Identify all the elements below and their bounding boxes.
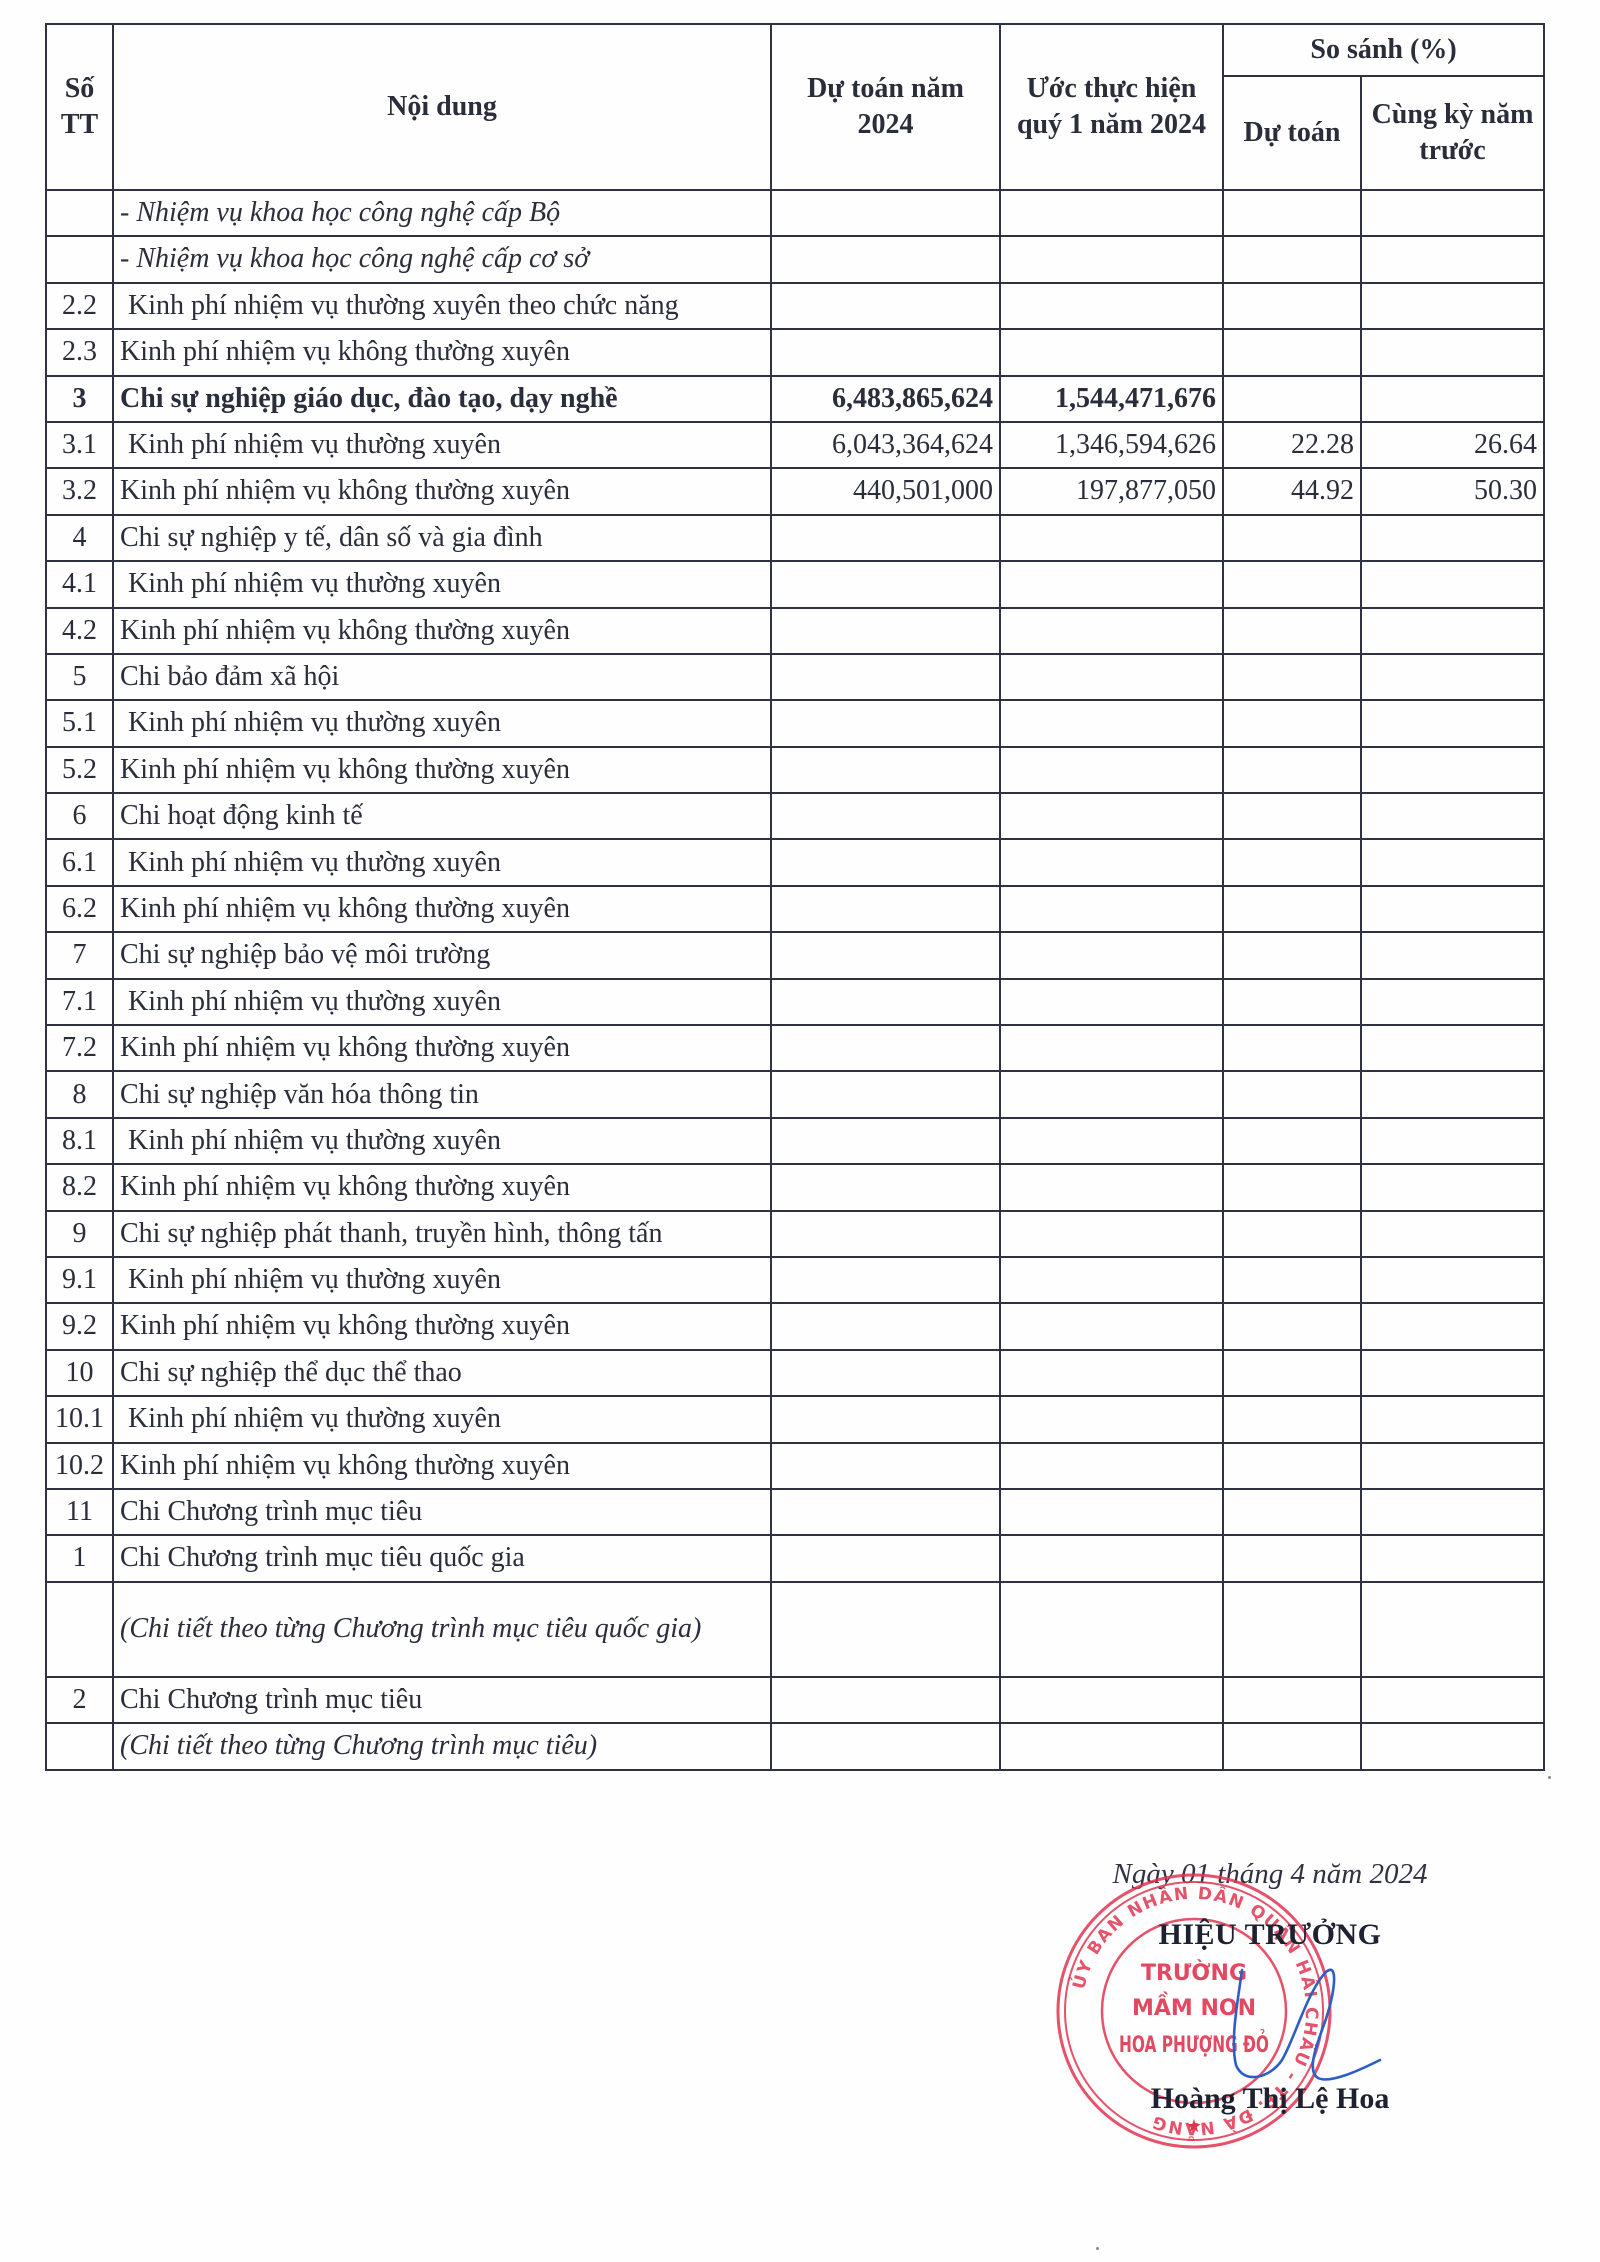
row-budget: [771, 886, 1000, 932]
row-stt: 2: [46, 1677, 113, 1723]
row-content: Chi hoạt động kinh tế: [113, 793, 771, 839]
row-estimate: [1000, 515, 1223, 561]
row-pct-budget: [1223, 654, 1361, 700]
row-estimate: [1000, 1164, 1223, 1210]
header-budget: Dự toán năm 2024: [771, 24, 1000, 190]
row-estimate: [1000, 1489, 1223, 1535]
table-row: 4.1Kinh phí nhiệm vụ thường xuyên: [46, 561, 1544, 607]
row-pct-prev: [1361, 1582, 1544, 1677]
row-estimate: [1000, 190, 1223, 236]
table-row: 5Chi bảo đảm xã hội: [46, 654, 1544, 700]
row-estimate: 197,877,050: [1000, 468, 1223, 514]
header-compare-budget: Dự toán: [1223, 76, 1361, 190]
table-row: 2.3Kinh phí nhiệm vụ không thường xuyên: [46, 329, 1544, 375]
row-budget: [771, 793, 1000, 839]
row-content: Chi sự nghiệp văn hóa thông tin: [113, 1071, 771, 1117]
table-row: 5.1Kinh phí nhiệm vụ thường xuyên: [46, 700, 1544, 746]
row-pct-budget: [1223, 1535, 1361, 1581]
table-row: 11Chi Chương trình mục tiêu: [46, 1489, 1544, 1535]
row-pct-budget: [1223, 1303, 1361, 1349]
row-estimate: [1000, 1303, 1223, 1349]
row-pct-budget: [1223, 932, 1361, 978]
row-budget: 6,483,865,624: [771, 376, 1000, 422]
row-pct-prev: [1361, 793, 1544, 839]
row-pct-prev: [1361, 886, 1544, 932]
row-pct-budget: [1223, 1025, 1361, 1071]
row-estimate: [1000, 1071, 1223, 1117]
table-row: 10.2Kinh phí nhiệm vụ không thường xuyên: [46, 1443, 1544, 1489]
row-budget: [771, 1071, 1000, 1117]
row-estimate: 1,346,594,626: [1000, 422, 1223, 468]
row-budget: [771, 1489, 1000, 1535]
row-estimate: [1000, 236, 1223, 282]
signer-name: Hoàng Thị Lệ Hoa: [1100, 2082, 1440, 2116]
row-pct-prev: [1361, 1118, 1544, 1164]
table-row: 7.2Kinh phí nhiệm vụ không thường xuyên: [46, 1025, 1544, 1071]
table-row: 3.1Kinh phí nhiệm vụ thường xuyên6,043,3…: [46, 422, 1544, 468]
row-content: Chi Chương trình mục tiêu: [113, 1677, 771, 1723]
row-content: Kinh phí nhiệm vụ không thường xuyên: [113, 886, 771, 932]
header-compare-same-period: Cùng kỳ năm trước: [1361, 76, 1544, 190]
row-content: (Chi tiết theo từng Chương trình mục tiê…: [113, 1723, 771, 1769]
row-stt: [46, 190, 113, 236]
row-estimate: [1000, 932, 1223, 978]
row-pct-budget: 44.92: [1223, 468, 1361, 514]
row-estimate: [1000, 608, 1223, 654]
row-estimate: [1000, 747, 1223, 793]
table-row: 10.1Kinh phí nhiệm vụ thường xuyên: [46, 1396, 1544, 1442]
row-content: - Nhiệm vụ khoa học công nghệ cấp cơ sở: [113, 236, 771, 282]
scan-speck: [1548, 1776, 1551, 1779]
row-content: Kinh phí nhiệm vụ không thường xuyên: [113, 608, 771, 654]
row-content: Kinh phí nhiệm vụ thường xuyên: [113, 1257, 771, 1303]
row-pct-prev: [1361, 1350, 1544, 1396]
row-estimate: [1000, 1677, 1223, 1723]
row-pct-prev: [1361, 1723, 1544, 1769]
row-stt: 6: [46, 793, 113, 839]
row-budget: [771, 1443, 1000, 1489]
row-content: Chi sự nghiệp bảo vệ môi trường: [113, 932, 771, 978]
row-pct-budget: 22.28: [1223, 422, 1361, 468]
row-budget: [771, 1211, 1000, 1257]
row-content: Chi sự nghiệp y tế, dân số và gia đình: [113, 515, 771, 561]
row-content: Chi Chương trình mục tiêu quốc gia: [113, 1535, 771, 1581]
row-stt: 8.1: [46, 1118, 113, 1164]
row-pct-budget: [1223, 1164, 1361, 1210]
row-stt: [46, 1582, 113, 1677]
row-budget: [771, 839, 1000, 885]
row-pct-prev: [1361, 979, 1544, 1025]
row-pct-budget: [1223, 1257, 1361, 1303]
row-stt: 3: [46, 376, 113, 422]
row-budget: [771, 515, 1000, 561]
row-stt: 4: [46, 515, 113, 561]
row-pct-prev: [1361, 1211, 1544, 1257]
row-content: - Nhiệm vụ khoa học công nghệ cấp Bộ: [113, 190, 771, 236]
row-pct-prev: [1361, 283, 1544, 329]
table-row: 10Chi sự nghiệp thể dục thể thao: [46, 1350, 1544, 1396]
row-content: Chi sự nghiệp giáo dục, đào tạo, dạy ngh…: [113, 376, 771, 422]
table-row: 9.1Kinh phí nhiệm vụ thường xuyên: [46, 1257, 1544, 1303]
row-pct-budget: [1223, 839, 1361, 885]
row-stt: 4.2: [46, 608, 113, 654]
row-stt: 2.3: [46, 329, 113, 375]
row-budget: [771, 236, 1000, 282]
table-body: - Nhiệm vụ khoa học công nghệ cấp Bộ- Nh…: [46, 190, 1544, 1770]
row-estimate: [1000, 979, 1223, 1025]
row-pct-budget: [1223, 700, 1361, 746]
table-row: (Chi tiết theo từng Chương trình mục tiê…: [46, 1723, 1544, 1769]
row-stt: [46, 236, 113, 282]
table-row: 9Chi sự nghiệp phát thanh, truyền hình, …: [46, 1211, 1544, 1257]
table-row: - Nhiệm vụ khoa học công nghệ cấp Bộ: [46, 190, 1544, 236]
row-stt: 8: [46, 1071, 113, 1117]
row-pct-budget: [1223, 1489, 1361, 1535]
row-stt: 7.2: [46, 1025, 113, 1071]
row-budget: [771, 932, 1000, 978]
row-pct-prev: [1361, 608, 1544, 654]
row-pct-budget: [1223, 236, 1361, 282]
table-row: 3Chi sự nghiệp giáo dục, đào tạo, dạy ng…: [46, 376, 1544, 422]
row-content: Kinh phí nhiệm vụ không thường xuyên: [113, 468, 771, 514]
row-content: Kinh phí nhiệm vụ thường xuyên: [113, 561, 771, 607]
row-pct-budget: [1223, 886, 1361, 932]
row-pct-prev: [1361, 932, 1544, 978]
row-estimate: [1000, 1443, 1223, 1489]
row-budget: [771, 1257, 1000, 1303]
row-budget: 440,501,000: [771, 468, 1000, 514]
table-row: 2.2Kinh phí nhiệm vụ thường xuyên theo c…: [46, 283, 1544, 329]
row-estimate: [1000, 886, 1223, 932]
row-estimate: [1000, 1396, 1223, 1442]
row-budget: [771, 283, 1000, 329]
row-pct-budget: [1223, 561, 1361, 607]
row-pct-prev: 50.30: [1361, 468, 1544, 514]
table-row: 6Chi hoạt động kinh tế: [46, 793, 1544, 839]
row-estimate: [1000, 1025, 1223, 1071]
row-budget: [771, 1164, 1000, 1210]
svg-text:★: ★: [1186, 2116, 1202, 2137]
row-estimate: [1000, 654, 1223, 700]
row-budget: [771, 1723, 1000, 1769]
row-pct-budget: [1223, 515, 1361, 561]
row-pct-prev: [1361, 1396, 1544, 1442]
row-pct-prev: [1361, 329, 1544, 375]
row-estimate: [1000, 1723, 1223, 1769]
row-stt: 5.2: [46, 747, 113, 793]
row-stt: 4.1: [46, 561, 113, 607]
table-row: 4Chi sự nghiệp y tế, dân số và gia đình: [46, 515, 1544, 561]
row-budget: [771, 190, 1000, 236]
row-budget: [771, 1677, 1000, 1723]
table-row: 4.2Kinh phí nhiệm vụ không thường xuyên: [46, 608, 1544, 654]
row-content: Kinh phí nhiệm vụ không thường xuyên: [113, 329, 771, 375]
row-stt: 6.2: [46, 886, 113, 932]
row-budget: [771, 1396, 1000, 1442]
document-page: Số TT Nội dung Dự toán năm 2024 Ước thực…: [0, 0, 1600, 2262]
row-content: Kinh phí nhiệm vụ thường xuyên: [113, 700, 771, 746]
row-budget: [771, 654, 1000, 700]
row-pct-budget: [1223, 329, 1361, 375]
header-estimate: Ước thực hiện quý 1 năm 2024: [1000, 24, 1223, 190]
row-content: Chi bảo đảm xã hội: [113, 654, 771, 700]
row-pct-prev: [1361, 1303, 1544, 1349]
row-pct-budget: [1223, 793, 1361, 839]
row-budget: [771, 1582, 1000, 1677]
row-stt: [46, 1723, 113, 1769]
row-stt: 7.1: [46, 979, 113, 1025]
row-pct-budget: [1223, 608, 1361, 654]
row-estimate: [1000, 1350, 1223, 1396]
budget-table: Số TT Nội dung Dự toán năm 2024 Ước thực…: [45, 23, 1545, 1771]
row-content: Chi sự nghiệp thể dục thể thao: [113, 1350, 771, 1396]
row-pct-prev: [1361, 561, 1544, 607]
row-pct-prev: [1361, 190, 1544, 236]
row-stt: 1: [46, 1535, 113, 1581]
row-budget: [771, 700, 1000, 746]
row-content: Kinh phí nhiệm vụ không thường xuyên: [113, 1164, 771, 1210]
table-row: 3.2Kinh phí nhiệm vụ không thường xuyên4…: [46, 468, 1544, 514]
row-stt: 5: [46, 654, 113, 700]
row-pct-prev: 26.64: [1361, 422, 1544, 468]
table-row: - Nhiệm vụ khoa học công nghệ cấp cơ sở: [46, 236, 1544, 282]
row-content: Kinh phí nhiệm vụ thường xuyên: [113, 839, 771, 885]
row-pct-budget: [1223, 1118, 1361, 1164]
table-row: 8.1Kinh phí nhiệm vụ thường xuyên: [46, 1118, 1544, 1164]
row-estimate: [1000, 1535, 1223, 1581]
row-pct-prev: [1361, 1677, 1544, 1723]
handwritten-signature-icon: [1230, 1960, 1410, 2090]
row-content: Kinh phí nhiệm vụ không thường xuyên: [113, 1025, 771, 1071]
row-pct-prev: [1361, 376, 1544, 422]
signature-title: HIỆU TRƯỞNG: [1110, 1918, 1430, 1952]
row-budget: [771, 608, 1000, 654]
row-content: Chi Chương trình mục tiêu: [113, 1489, 771, 1535]
row-estimate: 1,544,471,676: [1000, 376, 1223, 422]
row-estimate: [1000, 1118, 1223, 1164]
row-estimate: [1000, 329, 1223, 375]
table-row: 6.1Kinh phí nhiệm vụ thường xuyên: [46, 839, 1544, 885]
row-content: Kinh phí nhiệm vụ không thường xuyên: [113, 1303, 771, 1349]
row-budget: 6,043,364,624: [771, 422, 1000, 468]
row-estimate: [1000, 793, 1223, 839]
table-row: 1Chi Chương trình mục tiêu quốc gia: [46, 1535, 1544, 1581]
row-pct-prev: [1361, 1443, 1544, 1489]
row-stt: 9.2: [46, 1303, 113, 1349]
row-budget: [771, 561, 1000, 607]
row-stt: 7: [46, 932, 113, 978]
row-budget: [771, 329, 1000, 375]
row-pct-prev: [1361, 1489, 1544, 1535]
row-pct-prev: [1361, 1071, 1544, 1117]
row-content: Kinh phí nhiệm vụ thường xuyên: [113, 1396, 771, 1442]
row-budget: [771, 1350, 1000, 1396]
row-pct-budget: [1223, 1723, 1361, 1769]
row-pct-budget: [1223, 1071, 1361, 1117]
row-content: Kinh phí nhiệm vụ thường xuyên theo chức…: [113, 283, 771, 329]
row-pct-prev: [1361, 1257, 1544, 1303]
row-stt: 2.2: [46, 283, 113, 329]
row-budget: [771, 747, 1000, 793]
row-stt: 9: [46, 1211, 113, 1257]
row-estimate: [1000, 283, 1223, 329]
row-pct-prev: [1361, 654, 1544, 700]
table-row: 7Chi sự nghiệp bảo vệ môi trường: [46, 932, 1544, 978]
row-stt: 6.1: [46, 839, 113, 885]
row-stt: 5.1: [46, 700, 113, 746]
row-estimate: [1000, 700, 1223, 746]
row-stt: 8.2: [46, 1164, 113, 1210]
row-content: Kinh phí nhiệm vụ thường xuyên: [113, 979, 771, 1025]
row-stt: 10.2: [46, 1443, 113, 1489]
header-stt: Số TT: [46, 24, 113, 190]
row-pct-prev: [1361, 747, 1544, 793]
row-budget: [771, 1535, 1000, 1581]
table-row: 8Chi sự nghiệp văn hóa thông tin: [46, 1071, 1544, 1117]
table-row: 6.2Kinh phí nhiệm vụ không thường xuyên: [46, 886, 1544, 932]
row-budget: [771, 1118, 1000, 1164]
row-pct-prev: [1361, 1164, 1544, 1210]
row-estimate: [1000, 1211, 1223, 1257]
row-stt: 9.1: [46, 1257, 113, 1303]
row-estimate: [1000, 1582, 1223, 1677]
row-content: Kinh phí nhiệm vụ thường xuyên: [113, 1118, 771, 1164]
table-row: 9.2Kinh phí nhiệm vụ không thường xuyên: [46, 1303, 1544, 1349]
row-stt: 11: [46, 1489, 113, 1535]
row-pct-prev: [1361, 1025, 1544, 1071]
table-row: 7.1Kinh phí nhiệm vụ thường xuyên: [46, 979, 1544, 1025]
row-budget: [771, 1303, 1000, 1349]
row-pct-budget: [1223, 283, 1361, 329]
row-content: Kinh phí nhiệm vụ không thường xuyên: [113, 1443, 771, 1489]
row-content: Kinh phí nhiệm vụ không thường xuyên: [113, 747, 771, 793]
row-pct-prev: [1361, 839, 1544, 885]
row-pct-budget: [1223, 376, 1361, 422]
header-compare-group: So sánh (%): [1223, 24, 1544, 76]
row-content: Chi sự nghiệp phát thanh, truyền hình, t…: [113, 1211, 771, 1257]
table-row: 5.2Kinh phí nhiệm vụ không thường xuyên: [46, 747, 1544, 793]
table-row: 8.2Kinh phí nhiệm vụ không thường xuyên: [46, 1164, 1544, 1210]
row-pct-budget: [1223, 1350, 1361, 1396]
row-pct-prev: [1361, 515, 1544, 561]
row-stt: 10: [46, 1350, 113, 1396]
scan-speck: [1096, 2247, 1099, 2250]
row-estimate: [1000, 839, 1223, 885]
row-pct-budget: [1223, 1582, 1361, 1677]
row-pct-prev: [1361, 1535, 1544, 1581]
row-content: Kinh phí nhiệm vụ thường xuyên: [113, 422, 771, 468]
row-pct-budget: [1223, 1677, 1361, 1723]
row-pct-budget: [1223, 979, 1361, 1025]
table-row: (Chi tiết theo từng Chương trình mục tiê…: [46, 1582, 1544, 1677]
row-stt: 3.1: [46, 422, 113, 468]
row-pct-prev: [1361, 236, 1544, 282]
row-stt: 3.2: [46, 468, 113, 514]
row-pct-prev: [1361, 700, 1544, 746]
row-pct-budget: [1223, 1443, 1361, 1489]
row-budget: [771, 1025, 1000, 1071]
row-content: (Chi tiết theo từng Chương trình mục tiê…: [113, 1582, 771, 1677]
row-pct-budget: [1223, 1211, 1361, 1257]
row-estimate: [1000, 561, 1223, 607]
row-pct-budget: [1223, 1396, 1361, 1442]
header-content: Nội dung: [113, 24, 771, 190]
row-stt: 10.1: [46, 1396, 113, 1442]
row-budget: [771, 979, 1000, 1025]
row-estimate: [1000, 1257, 1223, 1303]
table-row: 2Chi Chương trình mục tiêu: [46, 1677, 1544, 1723]
row-pct-budget: [1223, 190, 1361, 236]
row-pct-budget: [1223, 747, 1361, 793]
